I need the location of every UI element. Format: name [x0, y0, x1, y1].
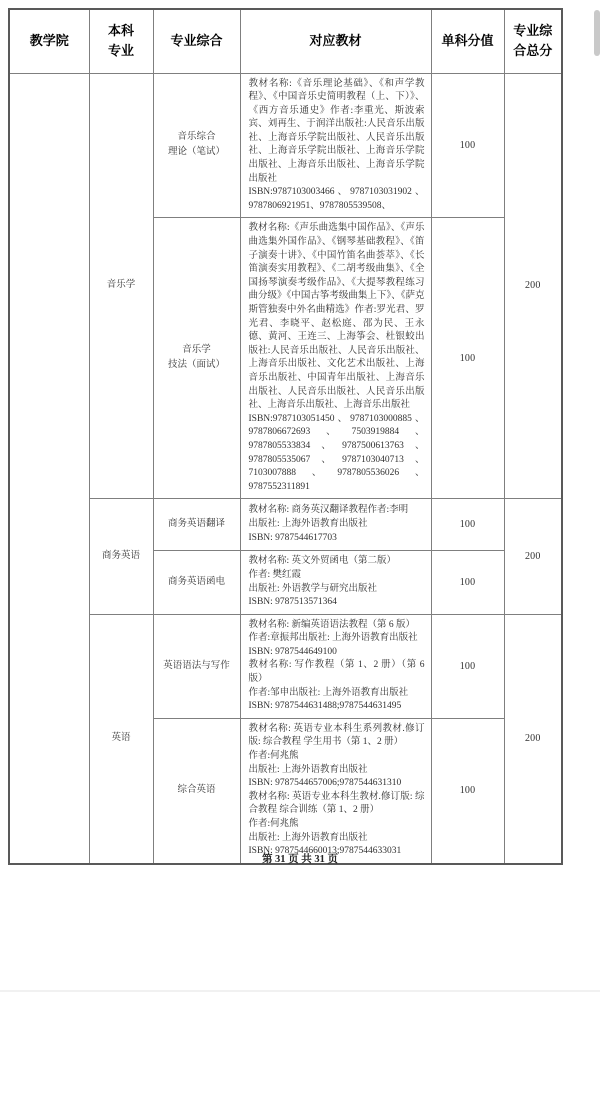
header-college: 教学院	[9, 9, 89, 73]
table-row: 英语 英语语法与写作 教材名称: 新编英语语法教程（第 6 版）作者:章振邦出版…	[9, 614, 562, 718]
major-cell-business-english: 商务英语	[89, 499, 153, 614]
textbook-cell: 教材名称: 新编英语语法教程（第 6 版）作者:章振邦出版社: 上海外语教育出版…	[240, 614, 431, 718]
total-cell-english: 200	[504, 614, 562, 864]
score-cell: 100	[431, 73, 504, 218]
subject-cell-grammar-writing: 英语语法与写作	[153, 614, 240, 718]
total-cell-music: 200	[504, 73, 562, 499]
subject-cell-comprehensive-english: 综合英语	[153, 718, 240, 863]
subject-cell-music-technique: 音乐学技法（面试）	[153, 218, 240, 499]
table-row: 音乐学 音乐综合理论（笔试） 教材名称:《音乐理论基础》、《和声学教程》、《中国…	[9, 73, 562, 218]
table-header-row: 教学院 本科专业 专业综合 对应教材 单科分值 专业综合总分	[9, 9, 562, 73]
subject-cell-business-translation: 商务英语翻译	[153, 499, 240, 551]
score-cell: 100	[431, 614, 504, 718]
document-page: 教学院 本科专业 专业综合 对应教材 单科分值 专业综合总分 音乐学 音乐综合理…	[0, 0, 600, 1118]
textbook-cell: 教材名称:《声乐曲选集中国作品》、《声乐曲选集外国作品》、《钢琴基础教程》、《笛…	[240, 218, 431, 499]
page-break-divider	[0, 990, 600, 992]
major-cell-english: 英语	[89, 614, 153, 864]
score-cell: 100	[431, 499, 504, 551]
textbook-cell: 教材名称: 英文外贸函电（第二版）作者: 樊红霞出版社: 外语教学与研究出版社I…	[240, 551, 431, 614]
subject-cell-business-correspondence: 商务英语函电	[153, 551, 240, 614]
header-major: 本科专业	[89, 9, 153, 73]
header-textbook: 对应教材	[240, 9, 431, 73]
college-cell	[9, 73, 89, 864]
header-total: 专业综合总分	[504, 9, 562, 73]
exam-subjects-table: 教学院 本科专业 专业综合 对应教材 单科分值 专业综合总分 音乐学 音乐综合理…	[8, 8, 563, 865]
textbook-cell: 教材名称:《音乐理论基础》、《和声学教程》、《中国音乐史简明教程（上、下）》、《…	[240, 73, 431, 218]
header-score: 单科分值	[431, 9, 504, 73]
page-number-footer: 第 31 页 共 31 页	[0, 851, 600, 866]
header-subject: 专业综合	[153, 9, 240, 73]
subject-cell-music-theory: 音乐综合理论（笔试）	[153, 73, 240, 218]
score-cell: 100	[431, 551, 504, 614]
vertical-scrollbar-thumb[interactable]	[594, 10, 600, 56]
score-cell: 100	[431, 718, 504, 863]
textbook-cell: 教材名称: 商务英汉翻译教程作者:李明出版社: 上海外语教育出版社ISBN: 9…	[240, 499, 431, 551]
table-row: 商务英语 商务英语翻译 教材名称: 商务英汉翻译教程作者:李明出版社: 上海外语…	[9, 499, 562, 551]
major-cell-music: 音乐学	[89, 73, 153, 499]
textbook-cell: 教材名称: 英语专业本科生系列教材.修订版: 综合教程 学生用书（第 1、2 册…	[240, 718, 431, 863]
score-cell: 100	[431, 218, 504, 499]
total-cell-business-english: 200	[504, 499, 562, 614]
